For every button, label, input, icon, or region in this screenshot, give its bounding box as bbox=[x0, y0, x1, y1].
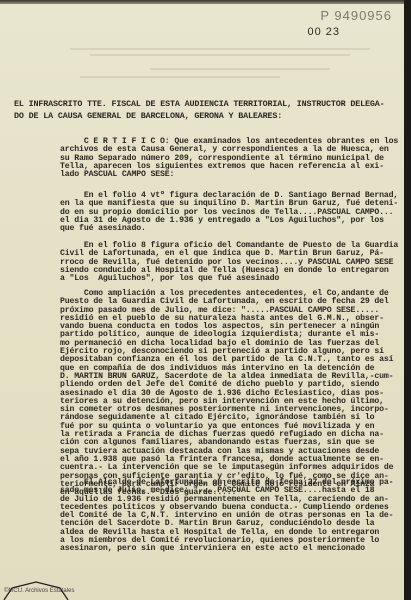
text-line: lado PASCUAL CAMPO SESE: bbox=[60, 171, 398, 179]
folio-number: 00 23 bbox=[307, 26, 340, 38]
document-page: P 9490956 00 23 EL INFRASCRITO TTE. FISC… bbox=[0, 4, 404, 600]
bleed-through-text bbox=[90, 54, 350, 56]
archive-stamp-number: P 9490956 bbox=[320, 8, 392, 23]
bleed-through-text bbox=[80, 76, 280, 78]
paragraph-ampliacion: Como ampliación a los precedentes antece… bbox=[60, 290, 393, 497]
text-line: a "Los Aguiluchos", por los que fué ases… bbox=[60, 275, 398, 283]
bleed-through-text bbox=[150, 68, 330, 70]
text-line: asesinaron, pero sin que interviniera en… bbox=[60, 545, 393, 553]
heading-line: DO DE LA CAUSA GENERAL DE BARCELONA, GER… bbox=[14, 110, 385, 122]
watermark-text: ©MCU. Archivos Estatales bbox=[4, 588, 74, 594]
paragraph-certifico: C E R T I F I C O: Que examinados los an… bbox=[60, 138, 398, 179]
paragraph-folio-4: En el folio 4 vtº figura declaración de … bbox=[60, 192, 398, 233]
paragraph-alcalde: El Alcalde de Lafortunada, en escrito de… bbox=[60, 479, 393, 554]
heading-line: EL INFRASCRITO TTE. FISCAL DE ESTA AUDIE… bbox=[14, 98, 385, 110]
bleed-through-text bbox=[70, 48, 370, 50]
scan-right-edge bbox=[404, 0, 411, 600]
document-heading: EL INFRASCRITO TTE. FISCAL DE ESTA AUDIE… bbox=[14, 98, 385, 122]
paragraph-folio-8: En el folio 8 figura oficio del Comandan… bbox=[60, 242, 398, 283]
text-line: que fué asesinado. bbox=[60, 225, 398, 233]
